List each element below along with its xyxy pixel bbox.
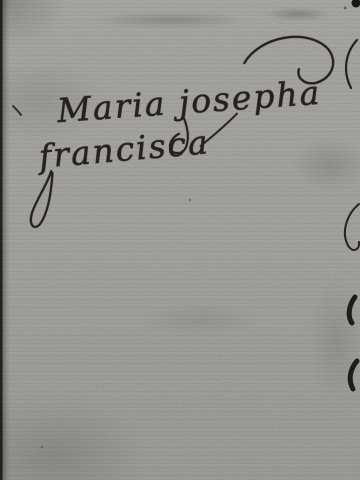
manuscript-page: Maria josepha francisca: [0, 0, 360, 480]
manuscript-scan: Maria josepha francisca: [0, 0, 360, 480]
paper-grain-texture: [0, 0, 360, 480]
